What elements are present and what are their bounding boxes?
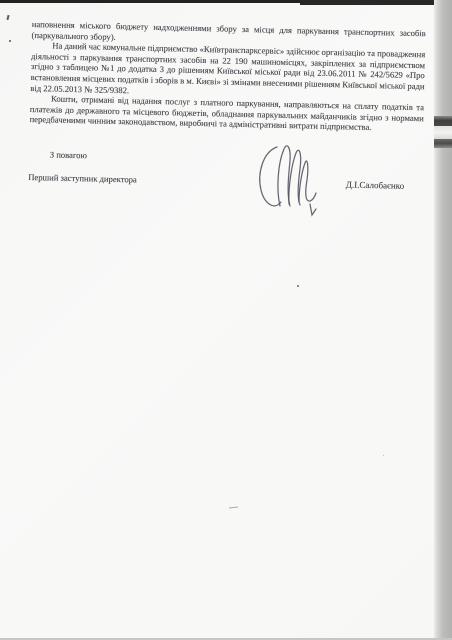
- dust-speck: [297, 285, 299, 287]
- dust-speck: [6, 15, 9, 20]
- paragraph-2: На даний час комунальне підприємство «Ки…: [30, 40, 425, 102]
- scan-edge-dark-mark-lower: [434, 139, 452, 148]
- handwritten-signature: [254, 137, 320, 225]
- dust-speck: [229, 507, 238, 509]
- signatory-title: Перший заступник директора: [28, 171, 137, 184]
- scan-right-edge-strip: [434, 0, 452, 640]
- scanned-document-page: наповнення міського бюджету надходженням…: [0, 0, 452, 640]
- scan-top-edge-thick: [300, 0, 452, 5]
- closing-salutation: З повагою: [50, 149, 423, 168]
- dust-speck: [9, 40, 11, 42]
- letter-body: наповнення міського бюджету надходженням…: [28, 19, 426, 191]
- scan-edge-light-band: [434, 126, 452, 139]
- dust-speck: [383, 455, 384, 456]
- signatory-name: Д.І.Салобаєнко: [346, 179, 405, 191]
- signature-row: Перший заступник директора Д.І.Салобаєнк…: [28, 171, 404, 190]
- scan-edge-dark-mark-upper: [434, 116, 452, 126]
